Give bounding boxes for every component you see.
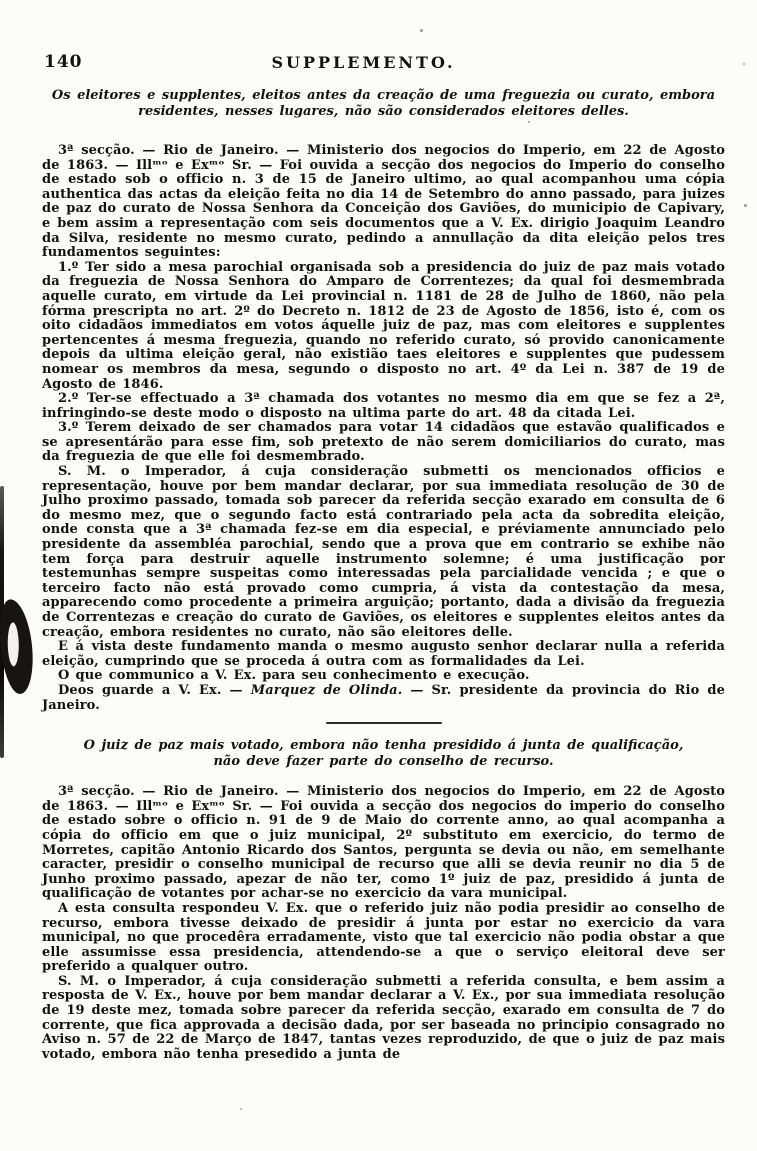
- ink-smudge-hole: [7, 622, 19, 666]
- paper-speck: [744, 204, 747, 207]
- journal-title: SUPPLEMENTO.: [42, 53, 685, 72]
- signoff-pre: Deos guarde a V. Ex. —: [58, 683, 251, 698]
- paragraph: E á vista deste fundamento manda o mesmo…: [42, 640, 725, 669]
- section-headnote: O juiz de paz mais votado, embora não te…: [42, 738, 725, 770]
- section-body: 3ª secção. — Rio de Janeiro. — Ministeri…: [42, 785, 725, 1062]
- paragraph: 2.º Ter-se effectuado a 3ª chamada dos v…: [42, 392, 725, 421]
- section-headnote: Os eleitores e supplentes, eleitos antes…: [42, 88, 725, 120]
- paragraph: 3ª secção. — Rio de Janeiro. — Ministeri…: [42, 785, 725, 902]
- signoff-name: Marquez de Olinda.: [251, 683, 403, 698]
- decision-section-2: O juiz de paz mais votado, embora não te…: [42, 738, 725, 1062]
- decision-section-1: Os eleitores e supplentes, eleitos antes…: [42, 88, 725, 713]
- ink-smudge: [0, 598, 37, 696]
- section-body: 3ª secção. — Rio de Janeiro. — Ministeri…: [42, 144, 725, 713]
- paragraph: O que communico a V. Ex. para seu conhec…: [42, 669, 725, 684]
- paper-speck: [420, 29, 423, 32]
- paper-speck: [240, 1108, 242, 1110]
- paragraph: S. M. o Imperador, á cuja consideração s…: [42, 975, 725, 1063]
- paragraph: A esta consulta respondeu V. Ex. que o r…: [42, 902, 725, 975]
- document-page: 140 SUPPLEMENTO. Os eleitores e supplent…: [0, 0, 757, 1151]
- page-header: 140 SUPPLEMENTO.: [42, 52, 725, 74]
- section-divider-rule: [326, 722, 442, 724]
- paper-speck: [528, 121, 530, 123]
- paragraph: 3ª secção. — Rio de Janeiro. — Ministeri…: [42, 144, 725, 261]
- signoff-paragraph: Deos guarde a V. Ex. — Marquez de Olinda…: [42, 684, 725, 713]
- paragraph: 3.º Terem deixado de ser chamados para v…: [42, 421, 725, 465]
- paragraph: 1.º Ter sido a mesa parochial organisada…: [42, 261, 725, 392]
- paper-speck: [743, 63, 745, 65]
- paragraph: S. M. o Imperador, á cuja consideração s…: [42, 465, 725, 640]
